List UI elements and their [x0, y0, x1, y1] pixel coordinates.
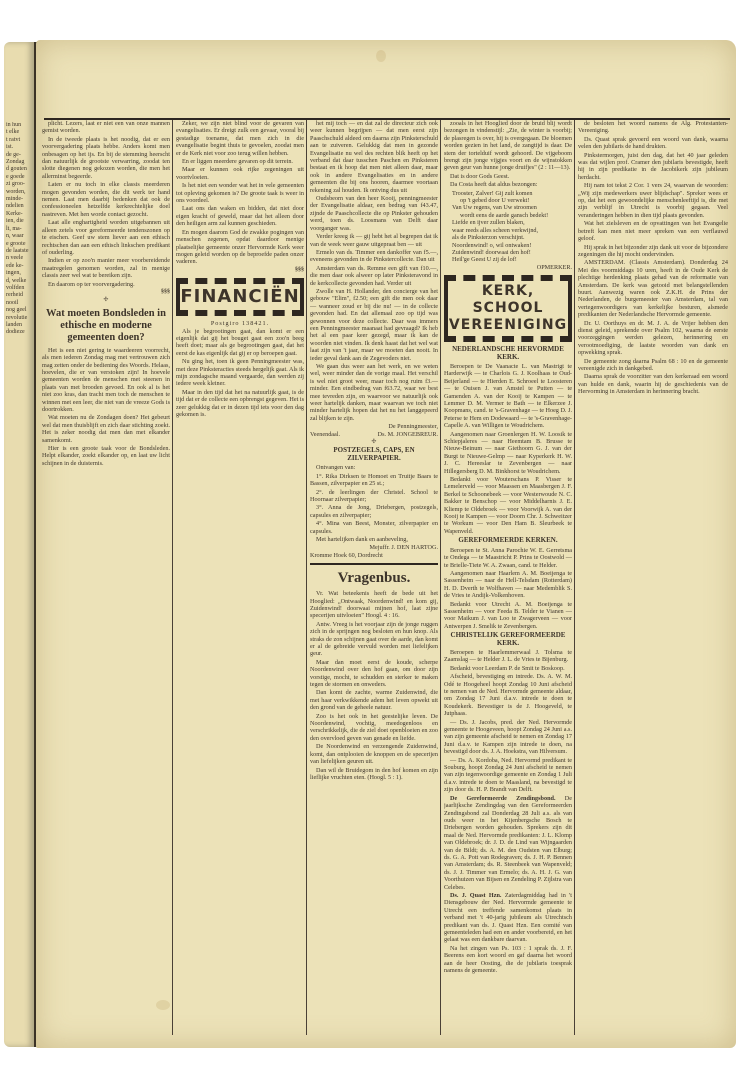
- postzegels-heading: POSTZEGELS, CAPS, EN ZILVERPAPIER.: [310, 447, 438, 462]
- paragraph: Afscheid, bevestiging en intrede. Ds. A.…: [444, 673, 572, 717]
- paragraph: — Ds. A. Kordoba, Ned. Hervormd predikan…: [444, 757, 572, 794]
- column-1-intro: plicht. Lezers, laat er niet een van onz…: [42, 120, 170, 288]
- quast-heading: Ds. J. Quast Hzn.: [450, 892, 501, 899]
- paragraph: Dr. U. Oorthuys en dr. M. J. A. de Vrije…: [578, 320, 728, 357]
- paragraph: Nu ging het, toen ik geen Penningmeester…: [176, 358, 304, 388]
- column-divider: [306, 120, 307, 1035]
- paragraph: Het is een niet gering te waardeeren voo…: [42, 347, 170, 414]
- column-divider: [574, 120, 575, 1035]
- paragraph: plicht. Lezers, laat er niet een van onz…: [42, 120, 170, 135]
- paragraph: De gemeente zong daarna Psalm 68 : 10 en…: [578, 358, 728, 373]
- text-fragment: rerheid: [6, 292, 32, 299]
- paragraph: En daarom op ter voorvergadering.: [42, 281, 170, 288]
- paragraph: Pinkstermorgen, juist den dag, dat het 4…: [578, 152, 728, 182]
- text-fragment: landen: [6, 322, 32, 329]
- paragraph: En mogen daarom God de zwakke pogingen v…: [176, 229, 304, 266]
- paragraph: Laat alle enghartigheid worden uitgebann…: [42, 219, 170, 256]
- paragraph: het mij toch — en dat zal de directeur z…: [310, 120, 438, 194]
- zendingsbond-text: De jaarlijksche Zendingdag van den Geref…: [444, 795, 572, 891]
- column-1: plicht. Lezers, laat er niet een van onz…: [42, 120, 170, 1032]
- text-fragment: volfden: [6, 285, 32, 292]
- text-fragment: lt, ma-: [6, 226, 32, 233]
- paragraph: Amsterdam van ds. Remme een gift van f10…: [310, 265, 438, 287]
- paragraph: Zeker, we zijn niet blind voor de gevare…: [176, 120, 304, 157]
- column-divider: [440, 120, 441, 1035]
- ornament: ✢: [310, 438, 438, 445]
- vragenbus-body: Vr. Wat beteekenis heeft de bede uit het…: [310, 590, 438, 781]
- vragenbus-heading: Vragenbus.: [310, 569, 438, 587]
- nhk-heading: NEDERLANDSCHE HERVORMDE KERK.: [444, 346, 572, 361]
- poem-line: Zuidenwind! doorwaai den hof!: [452, 249, 572, 256]
- paragraph: Verder kreeg ik — gij hebt het al begrep…: [310, 233, 438, 248]
- paragraph: De Noordenwind en verzengende Zuidenwind…: [310, 743, 438, 765]
- zendingsbond-heading: De Gereformeerde Zendingsbond.: [450, 795, 556, 802]
- poem-line: Liefde en ijver zullen blaken,: [452, 219, 572, 226]
- text-fragment: ingen,: [6, 270, 32, 277]
- paragraph: Dat is door Gods Geest.: [444, 173, 572, 180]
- paragraph: Is het niet een wonder wat het in vele g…: [176, 182, 304, 204]
- paragraph: Antw. Vreeg is het voorjaar zijn de jong…: [310, 621, 438, 658]
- poem-line: Trooster, Zalver! Gij zult komen: [452, 190, 572, 197]
- paragraph: Beroepen te St. Anna Parochie W. E. Gerr…: [444, 547, 572, 569]
- paragraph: Daarna sprak de voorzitter van den kerke…: [578, 373, 728, 395]
- text-fragment: ndelien: [6, 203, 32, 210]
- postzegels-intro: Ontvangen van:: [310, 464, 438, 471]
- postgiro-number: Postgiro 138421.: [176, 320, 304, 327]
- paragraph: Hij nam tot tekst 2 Cor. 1 vers 24, waar…: [578, 182, 728, 219]
- paragraph: Bedankt voor Utrecht A. M. Boeijenga te …: [444, 601, 572, 631]
- paragraph: Beroepen te De Vaanacte L. van Mastrigt …: [444, 363, 572, 430]
- signature-title: De Penningmeester,: [310, 423, 438, 430]
- paragraph: Dan komt de zachte, warme Zuidenwind, di…: [310, 689, 438, 711]
- poem-line: wordt eens de aarde gansch bedekt!: [452, 212, 572, 219]
- text-fragment: t ratvt: [6, 137, 32, 144]
- column-2-intro: Zeker, we zijn niet blind voor de gevare…: [176, 120, 304, 266]
- paragraph: We gaan dus weer aan het werk, en we wet…: [310, 363, 438, 422]
- gk-body: Beroepen te St. Anna Parochie W. E. Gerr…: [444, 547, 572, 630]
- nhk-body: Beroepen te De Vaanacte L. van Mastrigt …: [444, 363, 572, 535]
- text-fragment: nog geel: [6, 307, 32, 314]
- poem-line: Van Uw regens, van Uw stroomen: [452, 204, 572, 211]
- paragraph: Da Costa heeft dat aldus bezongen:: [444, 181, 572, 188]
- column-3-finance-continued: het mij toch — en dat zal de directeur z…: [310, 120, 438, 422]
- paragraph: zooals in het Hooglied door de bruid bli…: [444, 120, 572, 172]
- text-fragment: d gouten: [6, 166, 32, 173]
- text-fragment: nooil: [6, 300, 32, 307]
- text-fragment: de laatste: [6, 248, 32, 255]
- quast-text-2: Na het zingen van Ps. 103 : 1 sprak ds. …: [444, 945, 572, 975]
- paragraph: Aangenomen naar Haarlem A. M. Boeijenga …: [444, 570, 572, 600]
- paragraph: Wat moeten nu de Zondagen doen? Het gebe…: [42, 414, 170, 444]
- paragraph: Laten er nu toch in elke classis meerder…: [42, 181, 170, 218]
- text-fragment: worden,: [6, 189, 32, 196]
- paragraph: Wat het zielsleven en de opvattingen van…: [578, 220, 728, 242]
- paragraph: Dan wil de Bruidegom in den hof komen en…: [310, 767, 438, 782]
- poem-line: waar reeds alles scheen verkwijnd,: [452, 227, 572, 234]
- paragraph: Hier is een groote taak voor de Bondsled…: [42, 445, 170, 467]
- cgk-body: Beroepen te Haarlemmerwaal J. Tolsma te …: [444, 649, 572, 794]
- section-end-mark: §§§: [42, 289, 170, 296]
- banner-line-2: VEREENIGING: [448, 317, 568, 334]
- paragraph: Oudsbeorn van den heer Kooij, penningmee…: [310, 195, 438, 232]
- column-2: Zeker, we zijn niet blind voor de gevare…: [176, 120, 304, 1032]
- paragraph: Zoo is het ook in het geestelijke leven.…: [310, 713, 438, 743]
- financien-body: Als je begrootingen gaat, dan komt er ee…: [176, 328, 304, 419]
- paragraph: Bedankt voor Leerdam P. de Smit te Bosko…: [444, 665, 572, 672]
- kerk-school-vereeniging-banner: KERK, SCHOOL VEREENIGING: [444, 275, 572, 342]
- poem-line: als de Pinksterzon verschijnt.: [452, 234, 572, 241]
- paragraph: In de tweede plaats is het noodig, dat e…: [42, 136, 170, 180]
- text-fragment: in hun: [6, 122, 32, 129]
- ornament: ✢: [42, 296, 170, 303]
- postzegels-thanks: Met hartelijken dank en aanbeveling,: [310, 536, 438, 543]
- text-fragment: ien, die: [6, 218, 32, 225]
- quast-text: Zaterdagmiddag had in 't Diensgebouw der…: [444, 892, 572, 943]
- text-fragment: e goede: [6, 174, 32, 181]
- paragraph: Hij sprak in het bijzonder zijn dank uit…: [578, 244, 728, 259]
- postzegels-item: 4°. Mina van Beest, Monster, zilverpapie…: [310, 520, 438, 535]
- paragraph: En er liggen meerdere gevaren op dit ter…: [176, 158, 304, 165]
- postzegels-address: Kromme Hoek 60, Dordrecht: [310, 552, 438, 559]
- postzegels-signature: Mejuffr. J. DEN HARTOG.: [310, 544, 438, 551]
- paragraph: Zwolle van H. Hollander, den concierge v…: [310, 288, 438, 362]
- paragraph: Maar er kunnen ook rijke zegeningen uit …: [176, 166, 304, 181]
- postzegels-item: 2°. de leerlingen der Christel. School t…: [310, 489, 438, 504]
- signature-place: Veenendaal.: [310, 431, 340, 438]
- paragraph: Als je begrootingen gaat, dan komt er ee…: [176, 328, 304, 358]
- poem-line: op 't gebed door U verwekt!: [452, 197, 572, 204]
- banner-line-1: KERK, SCHOOL: [448, 283, 568, 317]
- text-fragment: ist.: [6, 144, 32, 151]
- paragraph: Ermelo van ds. Timmer een dankoffer van …: [310, 249, 438, 264]
- section-rule: [310, 563, 438, 565]
- poem-signature: OPMERKER.: [444, 264, 572, 271]
- paragraph: de besloten het woord namens de Alg. Pro…: [578, 120, 728, 135]
- text-fragment: n veele: [6, 255, 32, 262]
- column-4: zooals in het Hooglied door de bruid bli…: [444, 120, 572, 1032]
- column-3: het mij toch — en dat zal de directeur z…: [310, 120, 438, 1032]
- text-fragment: Zondag: [6, 159, 32, 166]
- text-fragment: e groote: [6, 241, 32, 248]
- newspaper-page: plicht. Lezers, laat er niet een van onz…: [36, 40, 736, 1048]
- column-4-hooglied: zooals in het Hooglied door de bruid bli…: [444, 120, 572, 189]
- poem-line: Heil'ge Geest U zij de lof!: [452, 256, 572, 263]
- text-fragment: ede ke-: [6, 263, 32, 270]
- paragraph: Beroepen te Haarlemmerwaal J. Tolsma te …: [444, 649, 572, 664]
- left-page-edge: in hunt elket ratvtist.de ge-Zondagd gou…: [4, 42, 37, 1047]
- paragraph: — Ds. J. Jacobs, pred. der Ned. Hervormd…: [444, 719, 572, 756]
- paragraph: AMSTERDAM. (Classis Amsterdam). Donderda…: [578, 259, 728, 318]
- gk-heading: GEREFORMEERDE KERKEN.: [444, 537, 572, 544]
- text-fragment: d, welke: [6, 278, 32, 285]
- financien-banner: FINANCIËN: [176, 278, 304, 316]
- poem-line: Noordenwind! o, wil ontwaken!: [452, 242, 572, 249]
- left-page-text-fragments: in hunt elket ratvtist.de ge-Zondagd gou…: [6, 122, 32, 337]
- text-fragment: revolutie: [6, 315, 32, 322]
- paragraph: Laat ons dan waken en bidden, dat niet d…: [176, 205, 304, 227]
- postzegels-item: 3°. Anna de Jong, Driebergen, postzegels…: [310, 504, 438, 519]
- article-heading-bondsleden: Wat moeten Bondsleden in ethische en mod…: [42, 308, 170, 344]
- text-fragment: zi groo-: [6, 181, 32, 188]
- text-fragment: minde-: [6, 196, 32, 203]
- text-fragment: Kerke-: [6, 211, 32, 218]
- section-end-mark: §§§: [176, 267, 304, 274]
- signature-name: Ds. M. JONGEBREUR.: [378, 431, 438, 438]
- article-bondsleden-body: Het is een niet gering te waardeeren voo…: [42, 347, 170, 468]
- text-fragment: t elke: [6, 129, 32, 136]
- text-fragment: de ge-: [6, 152, 32, 159]
- text-fragment: n, waar: [6, 233, 32, 240]
- cgk-heading: CHRISTELIJK GEREFORMEERDE KERK.: [444, 632, 572, 647]
- paragraph: Aangenomen naar Groenlergen H. W. Loosik…: [444, 431, 572, 475]
- paragraph: Ds. Quast sprak gevoerd een woord van da…: [578, 136, 728, 151]
- text-fragment: dodieze: [6, 329, 32, 336]
- paragraph: Vr. Wat beteekenis heeft de bede uit het…: [310, 590, 438, 620]
- column-divider: [172, 120, 173, 1035]
- paragraph: Indien er op zoo'n manier meer voorberei…: [42, 257, 170, 279]
- postzegels-list: 1°. Rika Dirksen te Homoet en Truitje Ba…: [310, 473, 438, 535]
- paragraph: Bedankt voor Wouterschans P. Visser te L…: [444, 476, 572, 535]
- postzegels-item: 1°. Rika Dirksen te Homoet en Truitje Ba…: [310, 473, 438, 488]
- poem-da-costa: Trooster, Zalver! Gij zult komenop 't ge…: [444, 190, 572, 264]
- column-5: de besloten het woord namens de Alg. Pro…: [578, 120, 728, 1032]
- paragraph: Maar in den tijd dat het na natuurlijk g…: [176, 389, 304, 419]
- paragraph: Maar dan moet eerst de koude, scherpe No…: [310, 659, 438, 689]
